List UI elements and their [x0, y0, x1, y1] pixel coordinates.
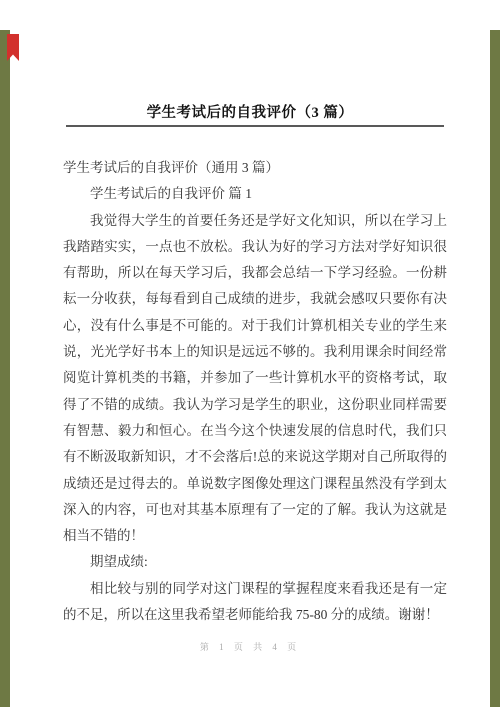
- right-edge-bar: [490, 30, 500, 707]
- paragraph: 相比较与别的同学对这门课程的掌握程度来看我还是有一定的不足，所以在这里我希望老师…: [63, 576, 447, 629]
- document-title: 学生考试后的自我评价（3 篇）: [0, 101, 500, 122]
- paragraph: 期望成绩:: [63, 549, 447, 575]
- left-edge-bar: [0, 30, 10, 707]
- title-divider: [66, 125, 444, 127]
- document-body: 学生考试后的自我评价（通用 3 篇） 学生考试后的自我评价 篇 1 我觉得大学生…: [63, 155, 447, 628]
- body-subheading: 学生考试后的自我评价 篇 1: [63, 181, 447, 207]
- document-page: 学生考试后的自我评价（3 篇） 学生考试后的自我评价（通用 3 篇） 学生考试后…: [0, 0, 500, 707]
- bookmark-ribbon-icon: [7, 34, 19, 61]
- page-number-indicator: 第 1 页 共 4 页: [0, 640, 500, 653]
- paragraph: 我觉得大学生的首要任务还是学好文化知识，所以在学习上我踏踏实实，一点也不放松。我…: [63, 208, 447, 550]
- body-heading: 学生考试后的自我评价（通用 3 篇）: [63, 155, 447, 181]
